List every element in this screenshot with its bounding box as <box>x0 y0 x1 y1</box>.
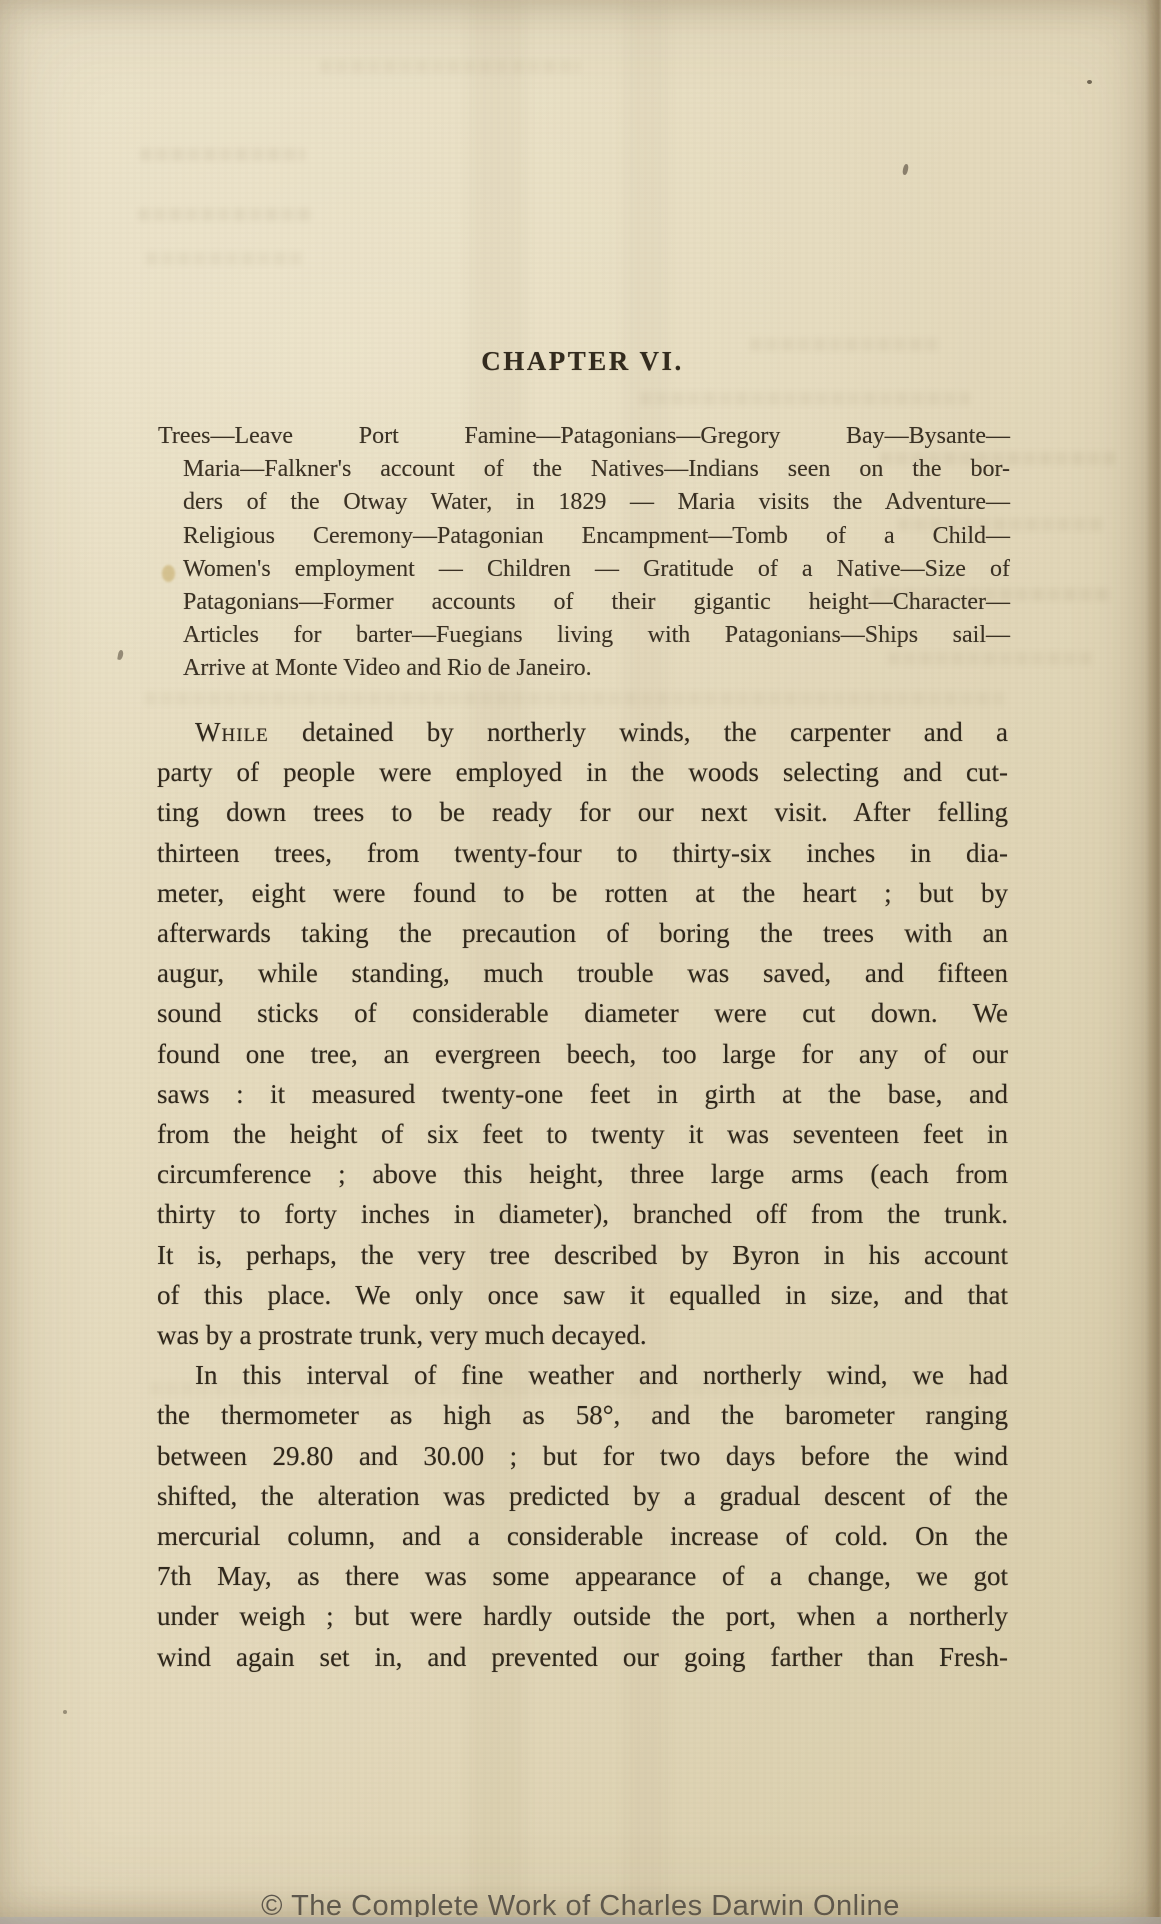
page-right-edge-shadow <box>1145 0 1161 1924</box>
ink-speck <box>1087 80 1092 84</box>
text-line: party of people were employed in the woo… <box>157 752 1008 792</box>
ghost-bleed-mark <box>145 692 1005 705</box>
text-line: While detained by northerly winds, the c… <box>157 712 1008 752</box>
text-line: Articles for barter—Fuegians living with… <box>158 619 1010 652</box>
paragraph: In this interval of fine weather and nor… <box>157 1355 1008 1677</box>
text-line: Maria—Falkner's account of the Natives—I… <box>158 453 1010 486</box>
text-line: meter, eight were found to be rotten at … <box>157 873 1008 913</box>
text-line: mercurial column, and a considerable inc… <box>157 1516 1008 1556</box>
text-line: circumference ; above this height, three… <box>157 1154 1008 1194</box>
text-line: thirty to forty inches in diameter), bra… <box>157 1194 1008 1234</box>
stray-comma-mark <box>117 650 124 661</box>
ghost-bleed-mark <box>140 148 305 161</box>
paragraph: While detained by northerly winds, the c… <box>157 712 1008 1355</box>
text-line: between 29.80 and 30.00 ; but for two da… <box>157 1436 1008 1476</box>
text-line: found one tree, an evergreen beech, too … <box>157 1034 1008 1074</box>
text-line: Arrive at Monte Video and Rio de Janeiro… <box>158 652 1010 685</box>
text-line: 7th May, as there was some appearance of… <box>157 1556 1008 1596</box>
ink-speck <box>63 1710 67 1714</box>
text-line: In this interval of fine weather and nor… <box>157 1355 1008 1395</box>
text-line: afterwards taking the precaution of bori… <box>157 913 1008 953</box>
text-line: of this place. We only once saw it equal… <box>157 1275 1008 1315</box>
text-line: Women's employment — Children — Gratitud… <box>158 553 1010 586</box>
text-line: under weigh ; but were hardly outside th… <box>157 1596 1008 1636</box>
scan-bottom-strip <box>0 1917 1161 1924</box>
text-line: Religious Ceremony—Patagonian Encampment… <box>158 520 1010 553</box>
text-line: shifted, the alteration was predicted by… <box>157 1476 1008 1516</box>
text-line: sound sticks of considerable diameter we… <box>157 993 1008 1033</box>
ghost-bleed-mark <box>320 60 580 73</box>
text-line: ders of the Otway Water, in 1829 — Maria… <box>158 486 1010 519</box>
text-line: ting down trees to be ready for our next… <box>157 792 1008 832</box>
text-line: wind again set in, and prevented our goi… <box>157 1637 1008 1677</box>
text-line: Trees—Leave Port Famine—Patagonians—Greg… <box>158 420 1010 453</box>
text-line: saws : it measured twenty-one feet in gi… <box>157 1074 1008 1114</box>
text-line: the thermometer as high as 58°, and the … <box>157 1395 1008 1435</box>
chapter-summary: Trees—Leave Port Famine—Patagonians—Greg… <box>158 420 1010 686</box>
text-line: Patagonians—Former accounts of their gig… <box>158 586 1010 619</box>
book-page-scan: CHAPTER VI. Trees—Leave Port Famine—Pata… <box>0 0 1161 1924</box>
ghost-bleed-mark <box>146 252 304 265</box>
body-text: While detained by northerly winds, the c… <box>157 712 1008 1677</box>
small-caps-lead: While <box>195 717 269 747</box>
text-line: was by a prostrate trunk, very much deca… <box>157 1315 1008 1355</box>
text-line: thirteen trees, from twenty-four to thir… <box>157 833 1008 873</box>
text-line: augur, while standing, much trouble was … <box>157 953 1008 993</box>
ghost-bleed-mark <box>640 392 970 405</box>
text-line: It is, perhaps, the very tree described … <box>157 1235 1008 1275</box>
text-line: from the height of six feet to twenty it… <box>157 1114 1008 1154</box>
chapter-heading: CHAPTER VI. <box>157 346 1008 377</box>
ghost-bleed-mark <box>138 208 313 221</box>
stray-apostrophe-mark <box>902 164 909 176</box>
